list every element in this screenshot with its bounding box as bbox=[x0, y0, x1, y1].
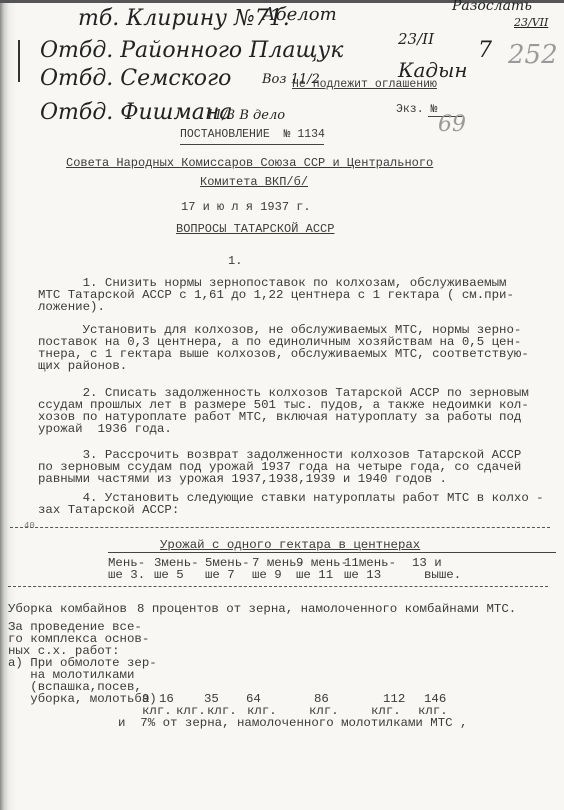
handwritten-note-line3: Отбд. Семского bbox=[40, 66, 231, 91]
handwritten-note-line1: тб. Клирину №71. bbox=[78, 6, 290, 31]
handwritten-note-far-right: Разослать bbox=[452, 0, 532, 14]
pencil-copy-number: 69 bbox=[438, 112, 466, 137]
handwritten-note-line4-extra: 11/3 В дело bbox=[206, 108, 285, 123]
row-value: 8 процентов от зерна, намолоченного комб… bbox=[137, 604, 516, 616]
handwritten-date-2: 23/II bbox=[398, 30, 434, 48]
handwritten-note-line1-right: Абелот bbox=[262, 4, 337, 25]
document-date: 17 и ю л я 1937 г. bbox=[181, 202, 311, 214]
document-page: тб. Клирину №71. Абелот Разослать 23/VII… bbox=[0, 0, 564, 810]
table-group-header-rule bbox=[108, 552, 556, 553]
title-underline bbox=[180, 144, 324, 145]
margin-bracket-mark bbox=[18, 40, 20, 82]
not-publishable-stamp: Не подлежит оглашению bbox=[292, 79, 437, 91]
table-group-header: Урожай с одного гектара в центнерах bbox=[160, 540, 420, 552]
document-title: ПОСТАНОВЛЕНИЕ № 1134 bbox=[180, 129, 325, 141]
table-top-dashed-rule bbox=[10, 527, 550, 528]
handwritten-number-7: 7 bbox=[478, 38, 492, 63]
issuer-line-1: Совета Народных Комиссаров Союза ССР и Ц… bbox=[66, 158, 433, 170]
copy-number-label: Экз. № bbox=[396, 104, 437, 116]
row-label: Уборка комбайнов bbox=[8, 604, 127, 616]
pencil-corner-number: 252 bbox=[508, 40, 558, 70]
handwritten-note-line4: Отбд. Фишмана bbox=[40, 100, 233, 125]
sub-a-footer: и 7% от зерна, намолоченного молотилками… bbox=[118, 718, 467, 730]
document-subject: ВОПРОСЫ ТАТАРСКОЙ АССР bbox=[176, 224, 334, 236]
table-header-bottom-dashed-rule bbox=[8, 586, 548, 587]
section-number: 1. bbox=[228, 256, 242, 268]
issuer-line-2: Комитета ВКП/б/ bbox=[200, 177, 308, 189]
handwritten-note-line2: Отбд. Районного Плащук bbox=[40, 38, 343, 63]
handwritten-margin-date: 23/VII bbox=[514, 16, 548, 29]
